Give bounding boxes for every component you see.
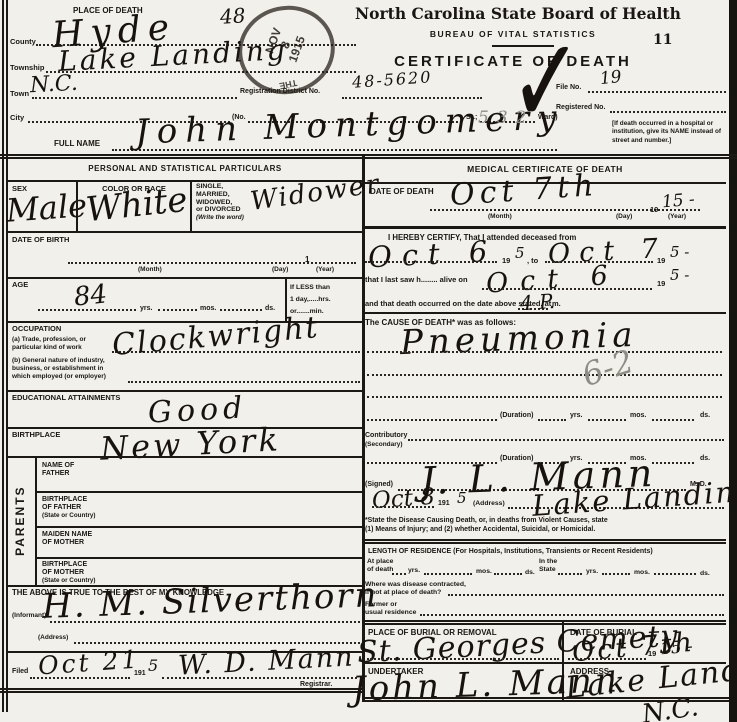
cell-divider bbox=[190, 180, 192, 231]
education-label: EDUCATIONAL ATTAINMENTS bbox=[12, 394, 120, 403]
township-label: Township bbox=[10, 64, 44, 73]
ds-caption: ds. bbox=[265, 305, 275, 313]
rule bbox=[0, 688, 363, 693]
residence-title: LENGTH OF RESIDENCE (For Hospitals, Inst… bbox=[368, 548, 653, 556]
burial-year-printed: 19 bbox=[648, 650, 656, 659]
yrs-caption: yrs. bbox=[570, 412, 582, 420]
signed-year-printed: 191 bbox=[438, 500, 450, 508]
registration-district-handwriting: 48-5620 bbox=[352, 69, 433, 91]
filed-year-handwriting: 5 bbox=[148, 658, 158, 674]
footnote-line2: (1) Means of Injury; and (2) whether Acc… bbox=[365, 526, 595, 534]
at-place-label-2: of death bbox=[367, 566, 393, 574]
cell-divider bbox=[76, 180, 78, 231]
father-birthplace-label-2: OF FATHER bbox=[42, 504, 81, 512]
file-no-handwriting: 19 bbox=[599, 69, 622, 88]
father-name-label-1: NAME OF bbox=[42, 462, 74, 470]
at-place-label-1: At place bbox=[367, 558, 393, 566]
dotted-line bbox=[494, 573, 522, 575]
dotted-line bbox=[652, 419, 694, 421]
filed-label: Filed bbox=[12, 668, 28, 676]
date-of-death-handwriting: Oct 7th bbox=[449, 171, 599, 211]
in-state-label-1: In the bbox=[539, 558, 557, 566]
day-caption: (Day) bbox=[272, 266, 288, 273]
footnote-line1: *State the Disease Causing Death, or, in… bbox=[365, 517, 608, 525]
father-birthplace-label-1: BIRTHPLACE bbox=[42, 496, 87, 504]
hospital-note: [If death occurred in a hospital or inst… bbox=[612, 120, 728, 145]
contracted-label-1: Where was disease contracted, bbox=[365, 581, 466, 589]
to-year-handwriting: 5 - bbox=[670, 245, 689, 260]
dotted-line bbox=[220, 309, 262, 311]
dotted-line bbox=[128, 381, 360, 383]
last-saw-year-printed: 19 bbox=[657, 280, 665, 289]
dotted-line bbox=[568, 658, 646, 660]
age-less-note-1: If LESS than bbox=[290, 284, 330, 292]
rule bbox=[365, 539, 726, 544]
death-time-handwriting: 4 P. bbox=[519, 291, 555, 313]
dotted-line bbox=[392, 573, 406, 575]
mother-name-label-1: MAIDEN NAME bbox=[42, 531, 92, 539]
dotted-line bbox=[558, 573, 582, 575]
occupation-b-label-3: which employed (or employer) bbox=[12, 373, 106, 380]
occupation-a-label-2: particular kind of work bbox=[12, 344, 82, 351]
dotted-line bbox=[372, 506, 434, 508]
minute-label: m. bbox=[552, 300, 561, 309]
dotted-line bbox=[367, 374, 722, 376]
dotted-line bbox=[482, 288, 652, 290]
rule bbox=[36, 557, 362, 559]
marital-label: SINGLE, MARRIED, WIDOWED, or DIVORCED (W… bbox=[196, 183, 244, 221]
age-label: AGE bbox=[12, 281, 28, 290]
signed-year-handwriting: 5 bbox=[457, 491, 467, 506]
dotted-line bbox=[367, 396, 722, 398]
age-handwriting: 84 bbox=[73, 281, 109, 310]
city-label: City bbox=[10, 114, 24, 123]
dotted-line bbox=[38, 309, 136, 311]
occupation-a-label-1: (a) Trade, profession, or bbox=[12, 336, 86, 343]
parents-label: PARENTS bbox=[14, 486, 28, 556]
death-certificate: PLACE OF DEATH 48 County Hyde Township L… bbox=[0, 0, 737, 722]
cell-divider bbox=[35, 456, 37, 586]
rule bbox=[8, 231, 362, 233]
checkmark-icon: ✓ bbox=[509, 21, 583, 142]
age-less-note-2: 1 day,.....hrs. bbox=[290, 296, 331, 304]
dotted-line bbox=[158, 309, 197, 311]
right-border bbox=[729, 0, 737, 722]
dotted-line bbox=[367, 419, 497, 421]
date-of-birth-label: DATE OF BIRTH bbox=[12, 236, 69, 245]
occupation-b-label-2: business, or establishment in bbox=[12, 365, 103, 372]
dotted-line bbox=[32, 97, 237, 99]
rule bbox=[8, 277, 362, 279]
page-number: 11 bbox=[653, 32, 672, 48]
dotted-line bbox=[538, 419, 566, 421]
dotted-line bbox=[367, 658, 559, 660]
stamp-rim-text: THE bbox=[278, 78, 298, 92]
former-label-1: Former or bbox=[365, 601, 397, 609]
attended-from-handwriting: Oct 6 bbox=[367, 237, 498, 273]
year-prefix: 1 bbox=[305, 255, 309, 264]
rule bbox=[365, 312, 726, 314]
registrar-signature: W. D. Mann bbox=[177, 643, 355, 679]
yrs-caption: yrs. bbox=[586, 568, 598, 576]
mother-birthplace-label-1: BIRTHPLACE bbox=[42, 561, 87, 569]
ds-caption: ds. bbox=[700, 455, 710, 463]
personal-section-title: PERSONAL AND STATISTICAL PARTICULARS bbox=[8, 164, 362, 173]
informant-label: (Informant) bbox=[12, 612, 46, 619]
mos-caption: mos. bbox=[634, 569, 650, 577]
former-label-2: usual residence bbox=[365, 609, 416, 617]
rule bbox=[363, 697, 729, 702]
dotted-line bbox=[588, 419, 626, 421]
from-year-printed: 19 bbox=[502, 257, 510, 266]
ds-caption: ds. bbox=[700, 570, 710, 578]
in-state-label-2: State bbox=[539, 566, 556, 574]
mos-caption: mos. bbox=[630, 412, 646, 420]
to-year-printed: 19 bbox=[657, 257, 665, 266]
dotted-line bbox=[408, 439, 724, 441]
dod-year-printed: 19 bbox=[650, 206, 658, 215]
mother-name-label-2: OF MOTHER bbox=[42, 539, 84, 547]
father-name-label-2: FATHER bbox=[42, 470, 69, 478]
dotted-line bbox=[367, 351, 722, 353]
father-birthplace-note: (State or Country) bbox=[42, 512, 96, 519]
town-handwriting: N.C. bbox=[29, 73, 78, 97]
mother-birthplace-label-2: OF MOTHER bbox=[42, 569, 84, 577]
dotted-line bbox=[365, 261, 497, 263]
dotted-line bbox=[68, 262, 356, 264]
dotted-line bbox=[448, 594, 724, 596]
from-year-handwriting: 5 bbox=[515, 246, 525, 261]
dotted-line bbox=[610, 111, 726, 113]
secondary-label: (Secondary) bbox=[365, 441, 403, 448]
county-label: County bbox=[10, 38, 36, 47]
duration-caption: (Duration) bbox=[500, 412, 533, 420]
date-of-death-label: DATE OF DEATH bbox=[370, 187, 434, 196]
rule bbox=[8, 456, 362, 458]
signed-date-handwriting: Oct 8 bbox=[371, 486, 435, 513]
rule bbox=[8, 390, 362, 392]
district-code-handwriting: 48 bbox=[219, 5, 246, 27]
left-border bbox=[2, 0, 8, 712]
yrs-caption: yrs. bbox=[140, 305, 152, 313]
dotted-line bbox=[424, 573, 472, 575]
mother-birthplace-note: (State or Country) bbox=[42, 577, 96, 584]
dod-year-handwriting: 15 - bbox=[661, 192, 695, 212]
marital-label-line4: or DIVORCED bbox=[196, 206, 244, 214]
mos-caption: mos. bbox=[476, 568, 492, 576]
marital-write-note: (Write the word) bbox=[196, 214, 244, 221]
mos-caption: mos. bbox=[200, 305, 216, 313]
birthplace-handwriting: New York bbox=[99, 423, 281, 464]
dotted-line bbox=[420, 614, 724, 616]
marital-label-line3: WIDOWED, bbox=[196, 199, 244, 207]
rule bbox=[36, 526, 362, 528]
dotted-line bbox=[602, 573, 630, 575]
marital-label-line2: MARRIED, bbox=[196, 191, 244, 199]
filed-date-handwriting: Oct 21 bbox=[37, 646, 141, 678]
rule bbox=[365, 226, 726, 229]
rule bbox=[0, 154, 737, 159]
yrs-caption: yrs. bbox=[408, 567, 420, 575]
ds-caption: ds. bbox=[525, 569, 535, 577]
rule bbox=[36, 491, 362, 493]
informant-signature: H. M. Silverthorn bbox=[42, 578, 379, 624]
day-caption: (Day) bbox=[616, 213, 632, 220]
dotted-line bbox=[342, 97, 482, 99]
year-caption: (Year) bbox=[316, 266, 334, 273]
town-label: Town bbox=[10, 90, 29, 99]
ds-caption: ds. bbox=[700, 412, 710, 420]
month-caption: (Month) bbox=[138, 266, 162, 273]
informant-address-label: (Address) bbox=[38, 634, 68, 641]
burial-year-handwriting: 15 - bbox=[659, 639, 693, 659]
year-caption: (Year) bbox=[668, 213, 686, 220]
contracted-label-2: if not at place of death? bbox=[365, 589, 441, 597]
month-caption: (Month) bbox=[488, 213, 512, 220]
filed-year-printed: 191 bbox=[134, 670, 146, 678]
occupation-b-label-1: (b) General nature of industry, bbox=[12, 357, 105, 364]
dotted-line bbox=[588, 91, 726, 93]
birthplace-label: BIRTHPLACE bbox=[12, 431, 60, 440]
last-saw-label: that I last saw h........ alive on bbox=[365, 276, 468, 285]
signed-address-label: (Address) bbox=[473, 500, 505, 508]
last-saw-year-handwriting: 5 - bbox=[670, 268, 689, 283]
dotted-line bbox=[652, 462, 694, 464]
occupation-label: OCCUPATION bbox=[12, 325, 61, 334]
contributory-label: Contributory bbox=[365, 432, 407, 440]
color-race-handwriting: White bbox=[85, 183, 190, 227]
marital-label-line1: SINGLE, bbox=[196, 183, 244, 191]
dotted-line bbox=[430, 209, 700, 211]
full-name-label: FULL NAME bbox=[54, 139, 100, 148]
dotted-line bbox=[654, 573, 696, 575]
